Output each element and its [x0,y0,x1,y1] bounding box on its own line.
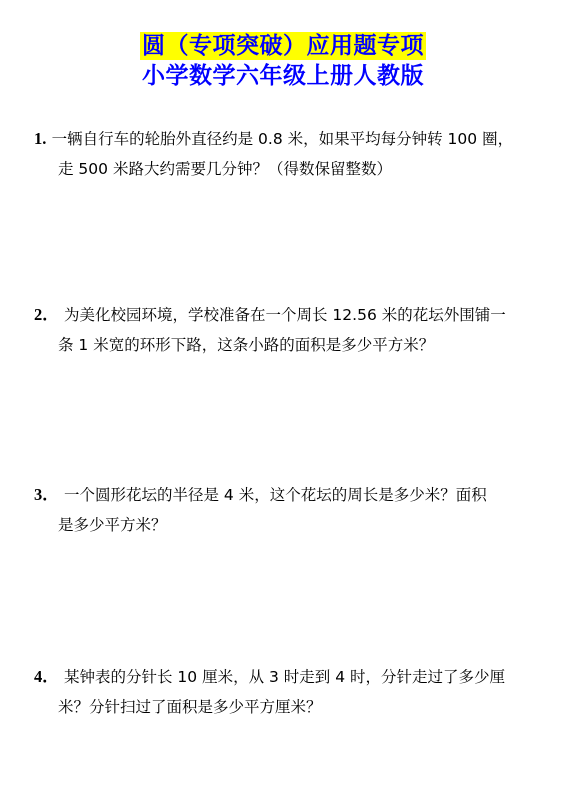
question-text: 条 1 米宽的环形下路，这条小路的面积是多少平方米？ [58,336,434,354]
question-line: 2． 为美化校园环境，学校准备在一个周长 12.56 米的花坛外围铺一 [34,300,544,330]
question-text: 一个圆形花坛的半径是 4 米，这个花坛的周长是多少米？面积 [64,486,487,504]
question-text: 为美化校园环境，学校准备在一个周长 12.56 米的花坛外围铺一 [64,306,506,324]
question-line: 3． 一个圆形花坛的半径是 4 米，这个花坛的周长是多少米？面积 [34,480,544,510]
question-text: 某钟表的分针长 10 厘米，从 3 时走到 4 时，分针走过了多少厘 [64,668,505,686]
question-1: 1. 一辆自行车的轮胎外直径约是 0.8 米，如果平均每分钟转 100 圈， 走… [34,124,544,184]
document-title: 圆（专项突破）应用题专项 [140,32,426,60]
question-text: 是多少平方米？ [58,516,167,534]
question-line: 4． 某钟表的分针长 10 厘米，从 3 时走到 4 时，分针走过了多少厘 [34,662,544,692]
question-number: 2． [34,305,59,324]
question-3: 3． 一个圆形花坛的半径是 4 米，这个花坛的周长是多少米？面积 是多少平方米？ [34,480,544,540]
question-line: 走 500 米路大约需要几分钟？（得数保留整数） [34,154,544,184]
question-line: 是多少平方米？ [34,510,544,540]
question-number: 3． [34,485,59,504]
question-line: 米？分针扫过了面积是多少平方厘米？ [34,692,544,722]
document-subtitle: 小学数学六年级上册人教版 [0,62,566,90]
question-2: 2． 为美化校园环境，学校准备在一个周长 12.56 米的花坛外围铺一 条 1 … [34,300,544,360]
question-text: 米？分针扫过了面积是多少平方厘米？ [58,698,322,716]
question-text: 一辆自行车的轮胎外直径约是 0.8 米，如果平均每分钟转 100 圈， [52,130,513,148]
question-4: 4． 某钟表的分针长 10 厘米，从 3 时走到 4 时，分针走过了多少厘 米？… [34,662,544,722]
question-number: 1. [34,129,46,148]
document-header: 圆（专项突破）应用题专项 小学数学六年级上册人教版 [0,32,566,90]
question-line: 1. 一辆自行车的轮胎外直径约是 0.8 米，如果平均每分钟转 100 圈， [34,124,544,154]
question-line: 条 1 米宽的环形下路，这条小路的面积是多少平方米？ [34,330,544,360]
question-text: 走 500 米路大约需要几分钟？（得数保留整数） [58,160,392,178]
question-number: 4． [34,667,59,686]
